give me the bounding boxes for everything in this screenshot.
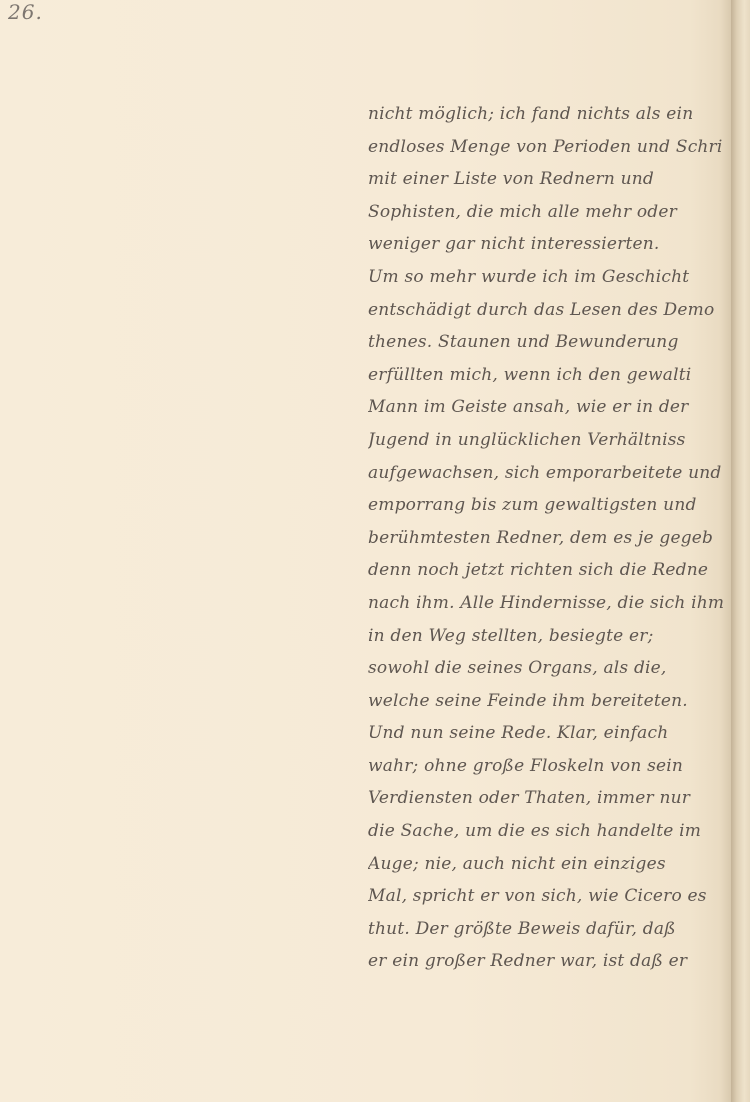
text-line: nach ihm. Alle Hindernisse, die sich ihm	[368, 587, 740, 620]
text-line: entschädigt durch das Lesen des Demo	[368, 294, 740, 327]
text-line: thenes. Staunen und Bewunderung	[368, 326, 740, 359]
text-line: endloses Menge von Perioden und Schri	[368, 131, 740, 164]
text-line: erfüllten mich, wenn ich den gewalti	[368, 359, 740, 392]
text-line: die Sache, um die es sich handelte im	[368, 815, 740, 848]
text-line: Um so mehr wurde ich im Geschicht	[368, 261, 740, 294]
text-line: Und nun seine Rede. Klar, einfach	[368, 717, 740, 750]
text-line: Verdiensten oder Thaten, immer nur	[368, 782, 740, 815]
text-line: Sophisten, die mich alle mehr oder	[368, 196, 740, 229]
text-line: denn noch jetzt richten sich die Redne	[368, 554, 740, 587]
text-line: aufgewachsen, sich emporarbeitete und	[368, 457, 740, 490]
text-line: mit einer Liste von Rednern und	[368, 163, 740, 196]
text-line: emporrang bis zum gewaltigsten und	[368, 489, 740, 522]
text-line: berühmtesten Redner, dem es je gegeb	[368, 522, 740, 555]
text-line: er ein großer Redner war, ist daß er	[368, 945, 740, 978]
handwritten-text-block: nicht möglich; ich fand nichts als ein e…	[368, 98, 740, 978]
manuscript-page: 26. nicht möglich; ich fand nichts als e…	[0, 0, 750, 1102]
page-number: 26.	[8, 0, 43, 24]
text-line: nicht möglich; ich fand nichts als ein	[368, 98, 740, 131]
text-line: Jugend in unglücklichen Verhältniss	[368, 424, 740, 457]
text-line: Mann im Geiste ansah, wie er in der	[368, 391, 740, 424]
text-line: wahr; ohne große Floskeln von sein	[368, 750, 740, 783]
text-line: Mal, spricht er von sich, wie Cicero es	[368, 880, 740, 913]
text-line: welche seine Feinde ihm bereiteten.	[368, 685, 740, 718]
text-line: thut. Der größte Beweis dafür, daß	[368, 913, 740, 946]
text-line: in den Weg stellten, besiegte er;	[368, 620, 740, 653]
text-line: weniger gar nicht interessierten.	[368, 228, 740, 261]
text-line: sowohl die seines Organs, als die,	[368, 652, 740, 685]
text-line: Auge; nie, auch nicht ein einziges	[368, 848, 740, 881]
